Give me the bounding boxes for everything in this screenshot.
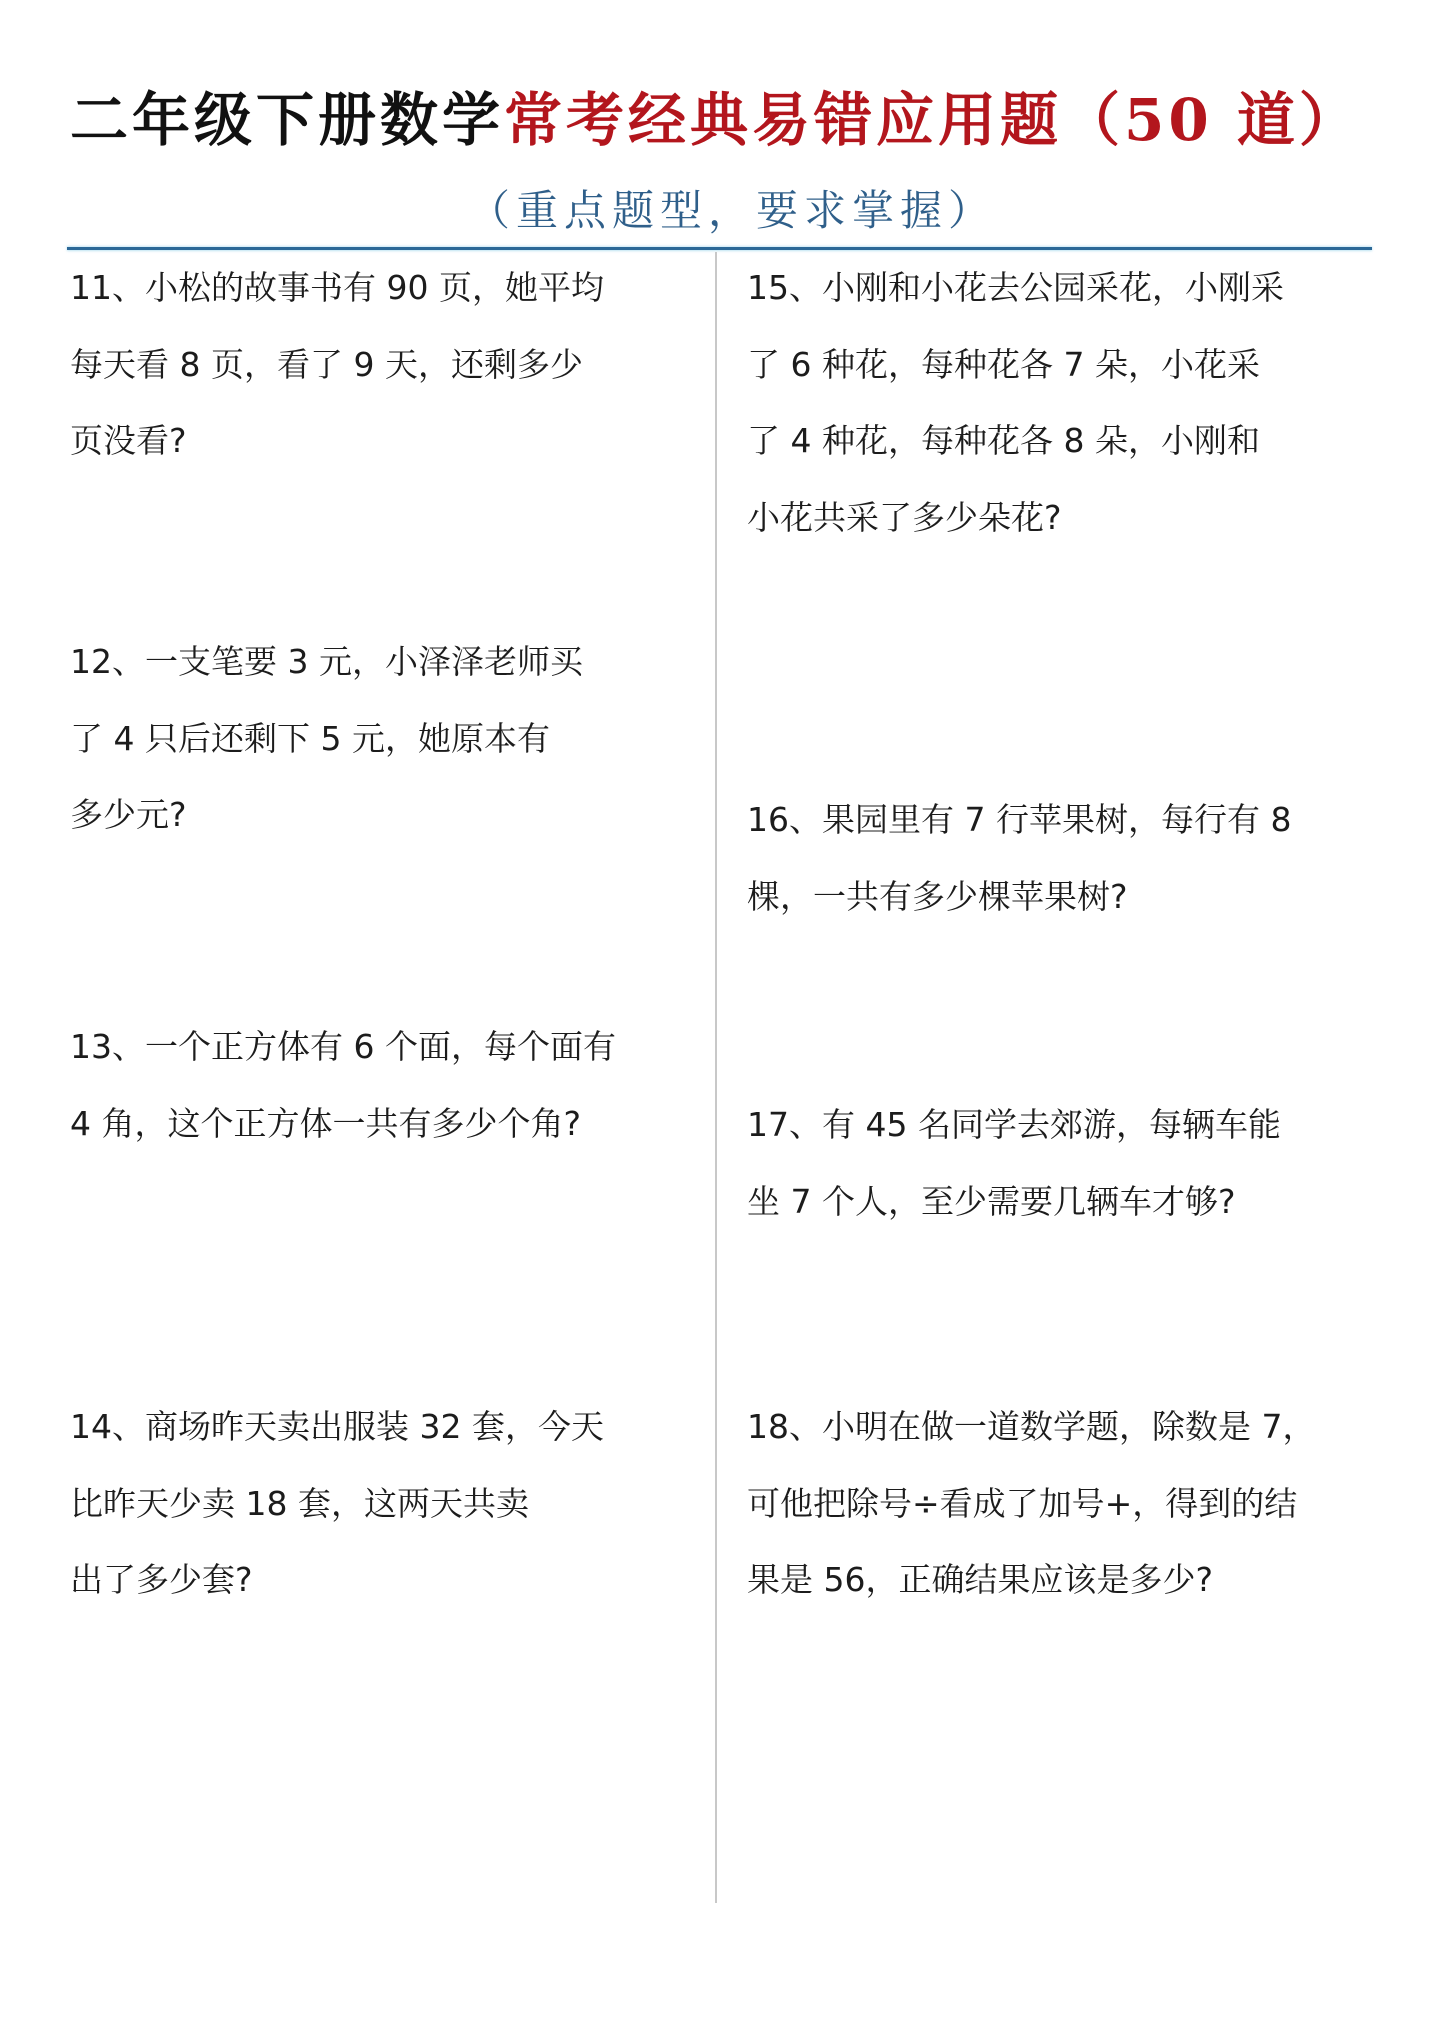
question-line: 4 角，这个正方体一共有多少个角?: [70, 1086, 700, 1163]
question-11: 11、小松的故事书有 90 页，她平均 每天看 8 页，看了 9 天，还剩多少 …: [70, 250, 700, 480]
question-12: 12、一支笔要 3 元，小泽泽老师买 了 4 只后还剩下 5 元，她原本有 多少…: [70, 624, 700, 854]
question-line: 了 4 只后还剩下 5 元，她原本有: [70, 701, 700, 778]
page-subtitle: （重点题型，要求掌握）: [468, 182, 968, 240]
question-line: 18、小明在做一道数学题，除数是 7，: [747, 1389, 1372, 1466]
question-line: 17、有 45 名同学去郊游，每辆车能: [747, 1087, 1372, 1164]
question-line: 了 6 种花，每种花各 7 朵，小花采: [747, 327, 1372, 404]
question-15: 15、小刚和小花去公园采花，小刚采 了 6 种花，每种花各 7 朵，小花采 了 …: [747, 250, 1372, 556]
question-line: 比昨天少卖 18 套，这两天共卖: [70, 1466, 700, 1543]
question-line: 11、小松的故事书有 90 页，她平均: [70, 250, 700, 327]
question-line: 15、小刚和小花去公园采花，小刚采: [747, 250, 1372, 327]
question-line: 出了多少套?: [70, 1542, 700, 1619]
question-line: 12、一支笔要 3 元，小泽泽老师买: [70, 624, 700, 701]
question-line: 每天看 8 页，看了 9 天，还剩多少: [70, 327, 700, 404]
question-line: 页没看?: [70, 403, 700, 480]
question-13: 13、一个正方体有 6 个面，每个面有 4 角，这个正方体一共有多少个角?: [70, 1009, 700, 1162]
question-line: 多少元?: [70, 777, 700, 854]
question-14: 14、商场昨天卖出服装 32 套，今天 比昨天少卖 18 套，这两天共卖 出了多…: [70, 1389, 700, 1619]
question-line: 可他把除号÷看成了加号+，得到的结: [747, 1466, 1372, 1543]
title-black-part: 二年级下册数学: [70, 86, 504, 154]
question-line: 坐 7 个人，至少需要几辆车才够?: [747, 1164, 1372, 1241]
question-line: 棵，一共有多少棵苹果树?: [747, 859, 1372, 936]
question-18: 18、小明在做一道数学题，除数是 7， 可他把除号÷看成了加号+，得到的结 果是…: [747, 1389, 1372, 1619]
question-16: 16、果园里有 7 行苹果树，每行有 8 棵，一共有多少棵苹果树?: [747, 782, 1372, 935]
question-line: 果是 56，正确结果应该是多少?: [747, 1542, 1372, 1619]
question-17: 17、有 45 名同学去郊游，每辆车能 坐 7 个人，至少需要几辆车才够?: [747, 1087, 1372, 1240]
page-title: 二年级下册数学常考经典易错应用题（50 道）: [70, 82, 1360, 158]
question-line: 16、果园里有 7 行苹果树，每行有 8: [747, 782, 1372, 859]
question-line: 小花共采了多少朵花?: [747, 480, 1372, 557]
title-red-part: 常考经典易错应用题（50 道）: [504, 86, 1361, 154]
question-line: 了 4 种花，每种花各 8 朵，小刚和: [747, 403, 1372, 480]
column-divider: [715, 252, 717, 1903]
question-line: 14、商场昨天卖出服装 32 套，今天: [70, 1389, 700, 1466]
question-line: 13、一个正方体有 6 个面，每个面有: [70, 1009, 700, 1086]
